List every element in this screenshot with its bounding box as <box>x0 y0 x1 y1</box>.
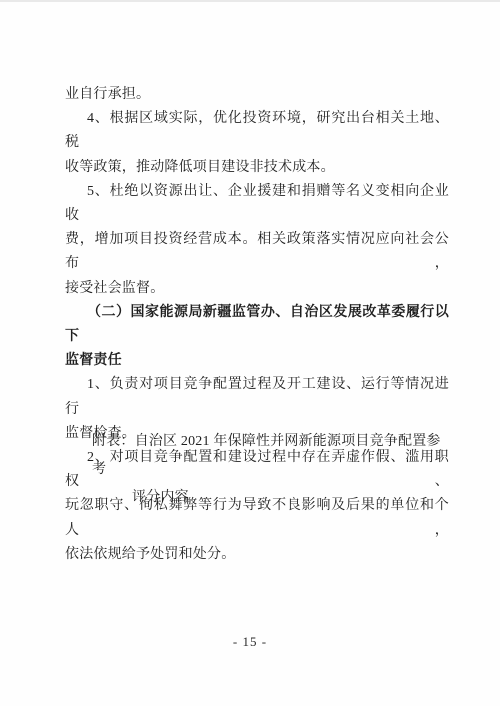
appendix-line: 附表：自治区 2021 年保障性并网新能源项目竞争配置参考 <box>65 428 449 484</box>
document-page: 业自行承担。 4、根据区域实际，优化投资环境，研究出台相关土地、税 收等政策，推… <box>0 0 500 706</box>
body-line: 4、根据区域实际，优化投资环境，研究出台相关土地、税 <box>65 107 449 155</box>
section-heading-line: （二）国家能源局新疆监管办、自治区发展改革委履行以下 <box>65 301 449 349</box>
body-line: 依法依规给予处罚和处分。 <box>65 543 449 567</box>
appendix-line: 评分内容 <box>65 484 449 512</box>
section-heading-line: 监督责任 <box>65 349 449 373</box>
body-line: 接受社会监督。 <box>65 277 449 301</box>
page-number: - 15 - <box>0 634 500 650</box>
body-line: 1、负责对项目竞争配置过程及开工建设、运行等情况进行 <box>65 373 449 421</box>
body-line: 收等政策，推动降低项目建设非技术成本。 <box>65 156 449 180</box>
scan-edge-artifact <box>0 0 500 2</box>
body-line: 业自行承担。 <box>65 83 449 107</box>
appendix-reference: 附表：自治区 2021 年保障性并网新能源项目竞争配置参考 评分内容 <box>65 428 449 512</box>
body-line: 5、杜绝以资源出让、企业援建和捐赠等名义变相向企业收 <box>65 180 449 228</box>
body-line: 费，增加项目投资经营成本。相关政策落实情况应向社会公布， <box>65 228 449 276</box>
